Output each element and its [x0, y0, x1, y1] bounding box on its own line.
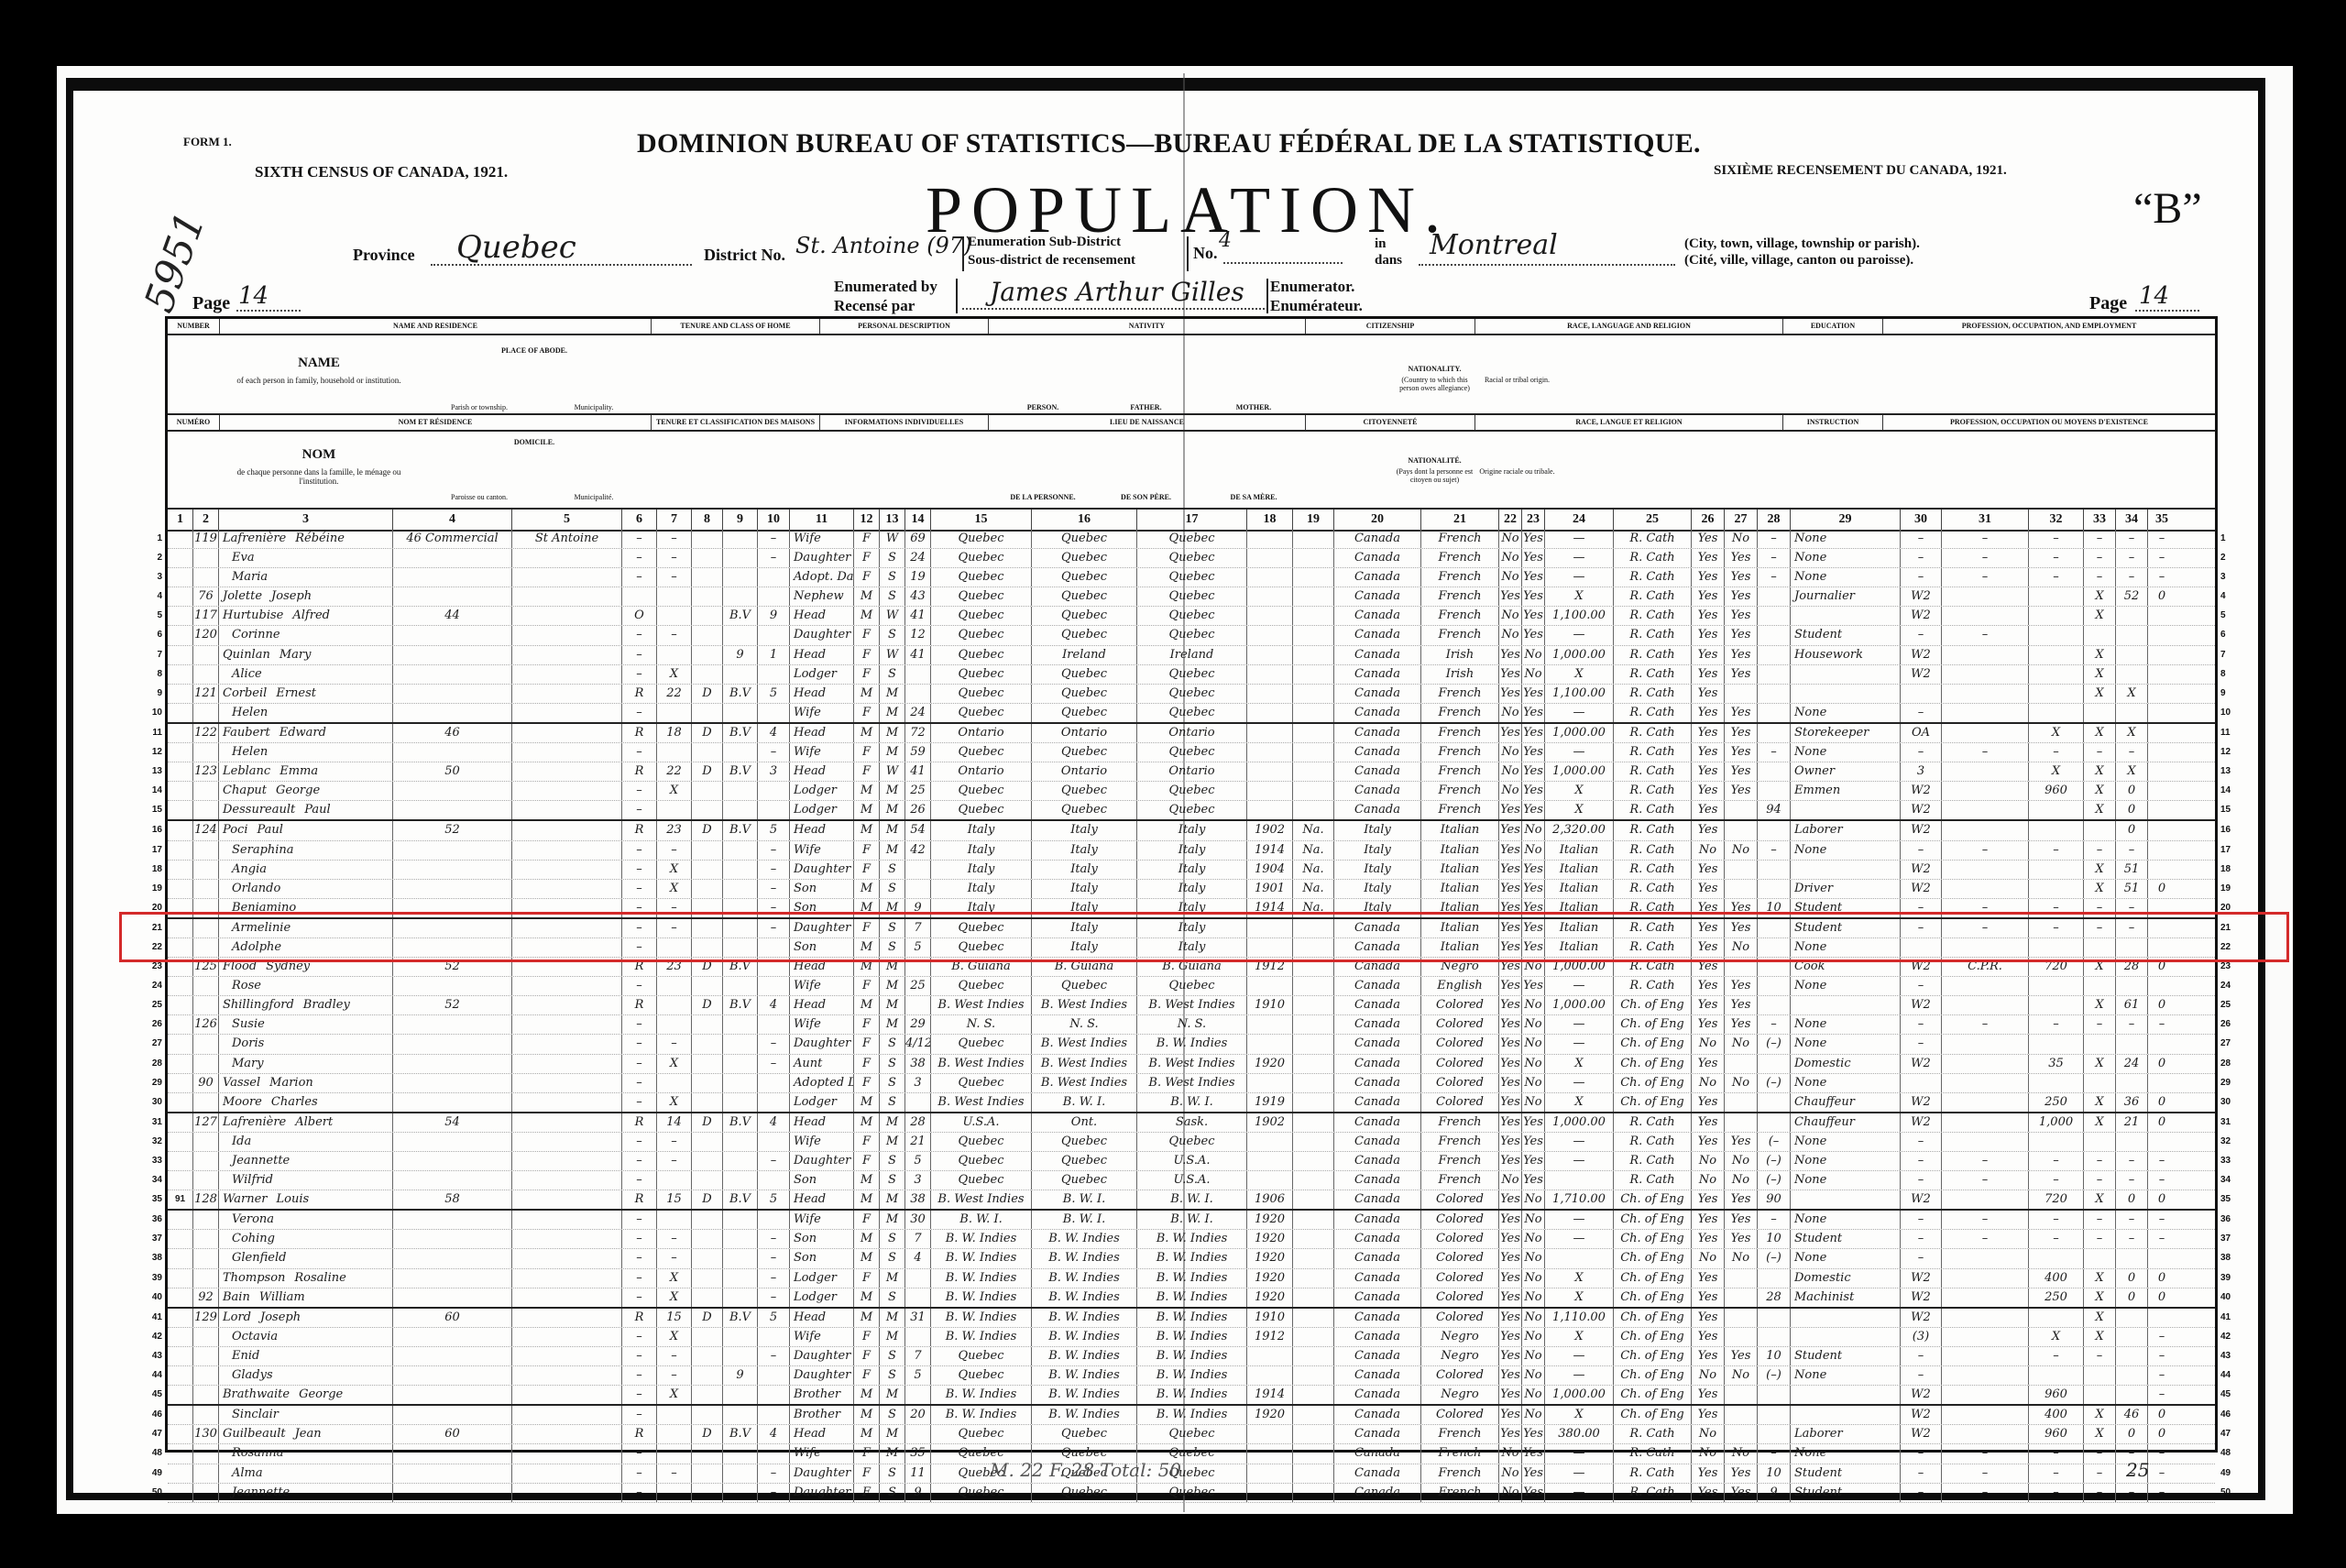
cell-c32 [2029, 1366, 2084, 1385]
cell-c24: X [1545, 1055, 1614, 1073]
cell-c23: Yes [1522, 1133, 1545, 1151]
cell-c32 [2029, 996, 2084, 1014]
cell-age [905, 958, 931, 976]
cell-family [193, 549, 219, 567]
cell-c24: 1,000.00 [1545, 1113, 1614, 1132]
cell-dwelling [168, 1074, 193, 1092]
cell-c9: B.V [723, 607, 758, 625]
cell-age [905, 1288, 931, 1307]
cell-c26: Yes [1692, 607, 1725, 625]
cell-c10 [758, 665, 790, 684]
cell-c5 [512, 1347, 622, 1365]
cell-family [193, 899, 219, 917]
surname: Lafrenière [223, 532, 286, 545]
cell-c4: 60 [393, 1425, 512, 1443]
cell-dwelling [168, 1211, 193, 1229]
cell-c10 [758, 1171, 790, 1190]
section-education: EDUCATION [1783, 319, 1883, 334]
cell-c27: No [1725, 841, 1758, 860]
cell-occupation: None [1791, 1152, 1901, 1170]
cell-c35 [2148, 782, 2176, 800]
cell-c4 [393, 919, 512, 938]
cell-c24: 1,000.00 [1545, 958, 1614, 976]
cell-c30: – [1901, 977, 1942, 995]
cell-c28 [1758, 704, 1791, 722]
cell-c5 [512, 1269, 622, 1288]
cell-nationality: Canada [1334, 1269, 1421, 1288]
cell-dwelling [168, 1464, 193, 1483]
cell-c7: X [657, 1328, 692, 1346]
given-name: Alfred [292, 609, 330, 622]
cell-c7: – [657, 919, 692, 938]
cell-nationality: Canada [1334, 1035, 1421, 1053]
cell-c23: Yes [1522, 899, 1545, 917]
cell-ms: M [880, 1015, 905, 1034]
cell-bp_mother: Quebec [1137, 530, 1247, 548]
cell-c34: – [2116, 530, 2148, 548]
cell-rel: Son [790, 1171, 854, 1190]
cell-c7 [657, 801, 692, 819]
cell-religion: Ch. of Eng [1614, 1386, 1692, 1404]
cell-family: 90 [193, 1074, 219, 1092]
cell-c8 [692, 880, 723, 898]
cell-c26: Yes [1692, 626, 1725, 644]
cell-c24: — [1545, 1035, 1614, 1053]
enumerator-label-fr: Enumérateur. [1270, 297, 1363, 315]
line-number-right: 44 [2220, 1366, 2246, 1385]
line-number-left: 38 [126, 1249, 162, 1267]
cell-sex: F [854, 1347, 880, 1365]
cell-bp_mother: B. W. I. [1137, 1093, 1247, 1112]
given-name: Rosanna [232, 1446, 284, 1460]
cell-c24: — [1545, 977, 1614, 995]
cell-nationality: Canada [1334, 996, 1421, 1014]
cell-c26: Yes [1692, 1406, 1725, 1424]
cell-c28: (–) [1758, 1035, 1791, 1053]
table-row: 16124PociPaul52R23DB.V5HeadMM54ItalyItal… [168, 821, 2215, 840]
cell-age [905, 1425, 931, 1443]
cell-c5 [512, 1133, 622, 1151]
cell-c35 [2148, 801, 2176, 819]
table-row: 12Helen––WifeFM59QuebecQuebecQuebecCanad… [168, 743, 2215, 762]
line-number-left: 18 [126, 861, 162, 879]
cell-name: ShillingfordBradley [219, 996, 393, 1014]
cell-c5 [512, 782, 622, 800]
table-row: 3Maria––Adopt. DaughterFS19QuebecQuebecQ… [168, 568, 2215, 587]
cell-bp_person: Quebec [931, 938, 1032, 957]
cell-c30: W2 [1901, 1055, 1942, 1073]
cell-c34: – [2116, 1015, 2148, 1034]
cell-occupation [1791, 801, 1901, 819]
cell-origin: Colored [1421, 1269, 1499, 1288]
cell-religion: R. Cath [1614, 1113, 1692, 1132]
cell-c35 [2148, 919, 2176, 938]
cell-c27: No [1725, 1074, 1758, 1092]
cell-c31 [1942, 1074, 2029, 1092]
cell-c26: Yes [1692, 1269, 1725, 1288]
cell-c28 [1758, 685, 1791, 703]
cell-c34: 51 [2116, 880, 2148, 898]
cell-c22: Yes [1499, 1366, 1522, 1385]
given-name: George [276, 784, 320, 797]
cell-sex: M [854, 1386, 880, 1404]
cell-name: Armelinie [219, 919, 393, 938]
cell-bp_person: Quebec [931, 1152, 1032, 1170]
cell-family [193, 1366, 219, 1385]
cell-c34: – [2116, 899, 2148, 917]
cell-bp_father: B. W. Indies [1032, 1366, 1137, 1385]
cell-nationality: Italy [1334, 841, 1421, 860]
table-row: 9121CorbeilErnestR22DB.V5HeadMMQuebecQue… [168, 685, 2215, 704]
cell-c23: Yes [1522, 801, 1545, 819]
cell-c33: X [2084, 724, 2116, 742]
cell-religion: Ch. of Eng [1614, 1347, 1692, 1365]
cell-c30: W2 [1901, 1269, 1942, 1288]
cell-family: 128 [193, 1190, 219, 1209]
cell-c28 [1758, 1093, 1791, 1112]
cell-c30: – [1901, 1133, 1942, 1151]
cell-c31: – [1942, 1484, 2029, 1502]
cell-sex: M [854, 1425, 880, 1443]
cell-c30: – [1901, 1444, 1942, 1463]
cell-c6: – [622, 1366, 657, 1385]
cell-c6: – [622, 861, 657, 879]
cell-c23: Yes [1522, 762, 1545, 781]
cell-c7 [657, 1425, 692, 1443]
line-number-right: 19 [2220, 880, 2246, 898]
cell-origin: Colored [1421, 1366, 1499, 1385]
cell-c30: – [1901, 1230, 1942, 1248]
cell-c22: Yes [1499, 1211, 1522, 1229]
place-hint-en: (City, town, village, township or parish… [1684, 236, 1920, 252]
cell-c28: 94 [1758, 801, 1791, 819]
cell-origin: French [1421, 1444, 1499, 1463]
cell-c8: D [692, 685, 723, 703]
cell-c4 [393, 1152, 512, 1170]
cell-c5 [512, 996, 622, 1014]
cell-c27: No [1725, 1171, 1758, 1190]
cell-c33: X [2084, 762, 2116, 781]
cell-c4 [393, 1074, 512, 1092]
racial-origin-header-en: Racial or tribal origin. [1478, 376, 1556, 384]
cell-c4 [393, 938, 512, 957]
cell-c30: – [1901, 919, 1942, 938]
cell-bp_mother: B. W. Indies [1137, 1347, 1247, 1365]
cell-occupation: None [1791, 1074, 1901, 1092]
cell-family [193, 1230, 219, 1248]
cell-religion: R. Cath [1614, 704, 1692, 722]
cell-c32: – [2029, 919, 2084, 938]
cell-occupation [1791, 1386, 1901, 1404]
cell-c32: – [2029, 568, 2084, 587]
cell-origin: Colored [1421, 1093, 1499, 1112]
cell-age: 20 [905, 1406, 931, 1424]
cell-sex: F [854, 1464, 880, 1483]
cell-nationality: Canada [1334, 704, 1421, 722]
line-number-left: 32 [126, 1133, 162, 1151]
cell-c28: (– [1758, 1133, 1791, 1151]
cell-c27: Yes [1725, 549, 1758, 567]
cell-c24: — [1545, 549, 1614, 567]
column-number-18: 18 [1247, 510, 1293, 530]
line-number-right: 34 [2220, 1171, 2246, 1190]
column-number-23: 23 [1522, 510, 1545, 530]
cell-c4 [393, 665, 512, 684]
line-number-left: 40 [126, 1288, 162, 1307]
cell-nat_year [1293, 1406, 1334, 1424]
line-number-right: 35 [2220, 1190, 2246, 1209]
cell-ms: M [880, 801, 905, 819]
cell-age: 26 [905, 801, 931, 819]
cell-name: Alice [219, 665, 393, 684]
cell-c4 [393, 1269, 512, 1288]
cell-c26: No [1692, 841, 1725, 860]
cell-c30: W2 [1901, 801, 1942, 819]
cell-c10 [758, 1211, 790, 1229]
cell-ms: M [880, 1444, 905, 1463]
cell-c5 [512, 1171, 622, 1190]
table-row: 42Octavia–XWifeFMB. W. IndiesB. W. Indie… [168, 1328, 2215, 1347]
cell-bp_person: B. W. I. [931, 1211, 1032, 1229]
cell-origin: French [1421, 704, 1499, 722]
line-number-left: 29 [126, 1074, 162, 1092]
cell-rel: Head [790, 724, 854, 742]
cell-c27: Yes [1725, 626, 1758, 644]
cell-c33: X [2084, 1055, 2116, 1073]
cell-ms: S [880, 1035, 905, 1053]
given-name: Helen [232, 745, 268, 759]
cell-bp_person: B. West Indies [931, 1093, 1032, 1112]
cell-rel: Nephew [790, 587, 854, 606]
cell-name: Helen [219, 743, 393, 762]
cell-c4: 54 [393, 1113, 512, 1132]
cell-c27: Yes [1725, 1190, 1758, 1209]
cell-dwelling [168, 1328, 193, 1346]
cell-c31 [1942, 880, 2029, 898]
cell-c4 [393, 1230, 512, 1248]
cell-c33: X [2084, 958, 2116, 976]
surname: Lafrenière [223, 1115, 286, 1129]
cell-c6: – [622, 1288, 657, 1307]
cell-c9 [723, 1464, 758, 1483]
cell-c24: Italian [1545, 899, 1614, 917]
page-value-left: 14 [238, 282, 269, 310]
cell-c23: No [1522, 1015, 1545, 1034]
given-name: Wilfrid [232, 1173, 273, 1187]
cell-c23: Yes [1522, 861, 1545, 879]
cell-c22: Yes [1499, 1249, 1522, 1267]
cell-religion: Ch. of Eng [1614, 1230, 1692, 1248]
cell-occupation: Housework [1791, 646, 1901, 664]
cell-religion: R. Cath [1614, 724, 1692, 742]
cell-bp_mother: Italy [1137, 841, 1247, 860]
line-number-left: 15 [126, 801, 162, 819]
cell-sex: F [854, 977, 880, 995]
cell-c9 [723, 1171, 758, 1190]
cell-c28 [1758, 977, 1791, 995]
cell-c27: Yes [1725, 607, 1758, 625]
line-number-left: 36 [126, 1211, 162, 1229]
cell-c22: No [1499, 1464, 1522, 1483]
cell-c30: – [1901, 1015, 1942, 1034]
line-number-right: 8 [2220, 665, 2246, 684]
cell-c27: No [1725, 1366, 1758, 1385]
cell-family: 119 [193, 530, 219, 548]
cell-c33: – [2084, 1211, 2116, 1229]
cell-c28: (–) [1758, 1171, 1791, 1190]
name-header-fr: NOM [223, 447, 415, 463]
cell-c33: X [2084, 1309, 2116, 1327]
cell-c31 [1942, 1425, 2029, 1443]
cell-c34 [2116, 607, 2148, 625]
cell-c31 [1942, 1035, 2029, 1053]
cell-c27: Yes [1725, 704, 1758, 722]
cell-family: 125 [193, 958, 219, 976]
cell-bp_person: Quebec [931, 1171, 1032, 1190]
cell-origin: Irish [1421, 646, 1499, 664]
cell-c5 [512, 626, 622, 644]
cell-c33: – [2084, 530, 2116, 548]
cell-family [193, 996, 219, 1014]
cell-name: QuinlanMary [219, 646, 393, 664]
cell-c28: (–) [1758, 1152, 1791, 1170]
cell-age [905, 1093, 931, 1112]
cell-age: 3 [905, 1171, 931, 1190]
cell-c27: Yes [1725, 1230, 1758, 1248]
line-number-right: 46 [2220, 1406, 2246, 1424]
table-row: 19Orlando–X–SonMSItalyItalyItaly1901Na.I… [168, 880, 2215, 899]
section-nativity: NATIVITY [989, 319, 1306, 334]
cell-c22: Yes [1499, 880, 1522, 898]
cell-c9: B.V [723, 724, 758, 742]
cell-name: Enid [219, 1347, 393, 1365]
cell-rel: Son [790, 938, 854, 957]
cell-c34: – [2116, 1152, 2148, 1170]
enumerated-by-label-fr: Recensé par [834, 297, 915, 315]
cell-bp_person: Quebec [931, 665, 1032, 684]
cell-c24: X [1545, 665, 1614, 684]
cell-c30: W2 [1901, 782, 1942, 800]
column-number-29: 29 [1791, 510, 1901, 530]
cell-c32: 960 [2029, 782, 2084, 800]
cell-sex: M [854, 685, 880, 703]
cell-c6: – [622, 1093, 657, 1112]
section-number: NUMBER [168, 319, 220, 334]
cell-bp_mother: B. W. Indies [1137, 1269, 1247, 1288]
cell-occupation: None [1791, 549, 1901, 567]
cell-origin: Italian [1421, 821, 1499, 839]
cell-c34: – [2116, 568, 2148, 587]
cell-age: 9 [905, 1484, 931, 1502]
cell-c22: Yes [1499, 1113, 1522, 1132]
cell-c28: – [1758, 1444, 1791, 1463]
cell-rel: Head [790, 762, 854, 781]
cell-nationality: Canada [1334, 938, 1421, 957]
cell-c31 [1942, 996, 2029, 1014]
given-name: Angia [232, 862, 267, 876]
cell-c10: 5 [758, 1309, 790, 1327]
cell-c35 [2148, 665, 2176, 684]
cell-age [905, 996, 931, 1014]
cell-c35: – [2148, 1464, 2176, 1483]
cell-c31 [1942, 1055, 2029, 1073]
cell-imm [1247, 530, 1293, 548]
cell-name: CorbeilErnest [219, 685, 393, 703]
cell-sex: M [854, 1093, 880, 1112]
cell-c10: 1 [758, 646, 790, 664]
cell-c10 [758, 1444, 790, 1463]
cell-bp_person: Ontario [931, 724, 1032, 742]
cell-name: Jeannette [219, 1484, 393, 1502]
cell-c28 [1758, 958, 1791, 976]
cell-dwelling [168, 1288, 193, 1307]
cell-rel: Head [790, 1190, 854, 1209]
line-number-right: 33 [2220, 1152, 2246, 1170]
given-name: Orlando [232, 882, 280, 895]
cell-rel: Adopted Daughter [790, 1074, 854, 1092]
cell-c33: X [2084, 782, 2116, 800]
cell-c34 [2116, 704, 2148, 722]
cell-origin: Italian [1421, 861, 1499, 879]
cell-bp_father: Italy [1032, 938, 1137, 957]
cell-imm [1247, 938, 1293, 957]
cell-dwelling [168, 1425, 193, 1443]
cell-c31 [1942, 1133, 2029, 1151]
cell-c22: Yes [1499, 1055, 1522, 1073]
cell-sex: M [854, 1309, 880, 1327]
cell-bp_mother: Italy [1137, 821, 1247, 839]
cell-c7 [657, 1171, 692, 1190]
cell-c8 [692, 743, 723, 762]
highlighted-table-row: 24Rose–WifeFM25QuebecQuebecQuebecCanadaE… [168, 977, 2215, 996]
cell-nat_year [1293, 958, 1334, 976]
cell-dwelling [168, 1347, 193, 1365]
cell-age: 29 [905, 1015, 931, 1034]
cell-c10: – [758, 841, 790, 860]
cell-c33: X [2084, 861, 2116, 879]
cell-family: 122 [193, 724, 219, 742]
cell-c22: Yes [1499, 977, 1522, 995]
cell-imm: 1910 [1247, 996, 1293, 1014]
cell-nat_year [1293, 919, 1334, 938]
cell-c6: – [622, 1035, 657, 1053]
cell-c27: Yes [1725, 1211, 1758, 1229]
line-number-right: 21 [2220, 919, 2246, 938]
cell-religion: R. Cath [1614, 861, 1692, 879]
cell-c9: B.V [723, 821, 758, 839]
cell-c23: Yes [1522, 1171, 1545, 1190]
cell-c10: – [758, 1347, 790, 1365]
municipality-header-en: Municipality. [539, 403, 649, 411]
cell-c34: 52 [2116, 587, 2148, 606]
cell-c10 [758, 704, 790, 722]
line-number-left: 39 [126, 1269, 162, 1288]
cell-c28 [1758, 938, 1791, 957]
cell-bp_father: B. W. I. [1032, 1093, 1137, 1112]
cell-c5 [512, 1328, 622, 1346]
line-number-left: 17 [126, 841, 162, 860]
cell-c7: X [657, 861, 692, 879]
cell-c10: – [758, 1055, 790, 1073]
cell-c22: Yes [1499, 996, 1522, 1014]
cell-ms: S [880, 549, 905, 567]
cell-c28 [1758, 1055, 1791, 1073]
column-number-22: 22 [1499, 510, 1522, 530]
cell-bp_father: Ontario [1032, 762, 1137, 781]
cell-c22: Yes [1499, 919, 1522, 938]
line-number-left: 48 [126, 1444, 162, 1463]
cell-c35: – [2148, 1328, 2176, 1346]
